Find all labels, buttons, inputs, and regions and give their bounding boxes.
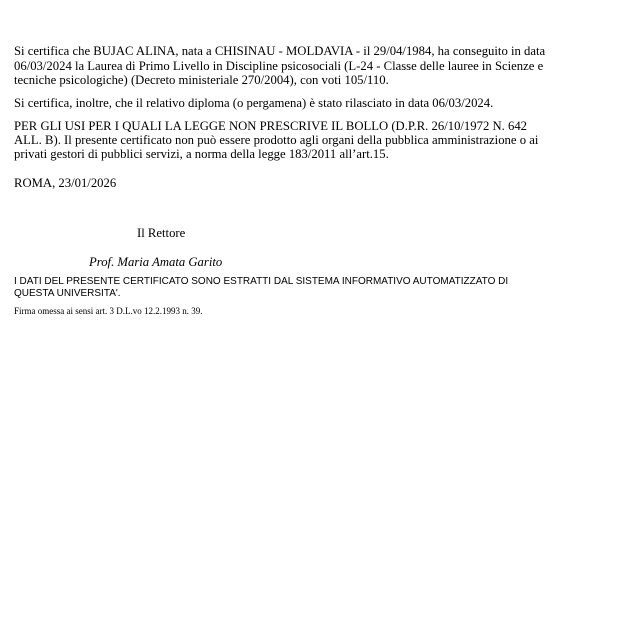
signatory-name: Prof. Maria Amata Garito bbox=[89, 256, 222, 269]
certification-line-2: 06/03/2024 la Laurea di Primo Livello in… bbox=[14, 60, 543, 73]
signature-omission-note: Firma omessa ai sensi art. 3 D.L.vo 12.2… bbox=[14, 307, 202, 316]
system-notice-line-1: I DATI DEL PRESENTE CERTIFICATO SONO EST… bbox=[14, 277, 508, 287]
stamp-duty-line-2: ALL. B). Il presente certificato non può… bbox=[14, 134, 538, 147]
stamp-duty-line-1: PER GLI USI PER I QUALI LA LEGGE NON PRE… bbox=[14, 120, 527, 133]
system-notice-line-2: QUESTA UNIVERSITA'. bbox=[14, 289, 121, 299]
certification-line-1: Si certifica che BUJAC ALINA, nata a CHI… bbox=[14, 45, 545, 58]
place-and-date: ROMA, 23/01/2026 bbox=[14, 177, 116, 190]
signatory-title: Il Rettore bbox=[137, 227, 185, 240]
diploma-line-1: Si certifica, inoltre, che il relativo d… bbox=[14, 97, 493, 110]
stamp-duty-line-3: privati gestori di pubblici servizi, a n… bbox=[14, 148, 389, 161]
certificate-page: Si certifica che BUJAC ALINA, nata a CHI… bbox=[0, 0, 640, 640]
certification-line-3: tecniche psicologiche) (Decreto minister… bbox=[14, 74, 389, 87]
